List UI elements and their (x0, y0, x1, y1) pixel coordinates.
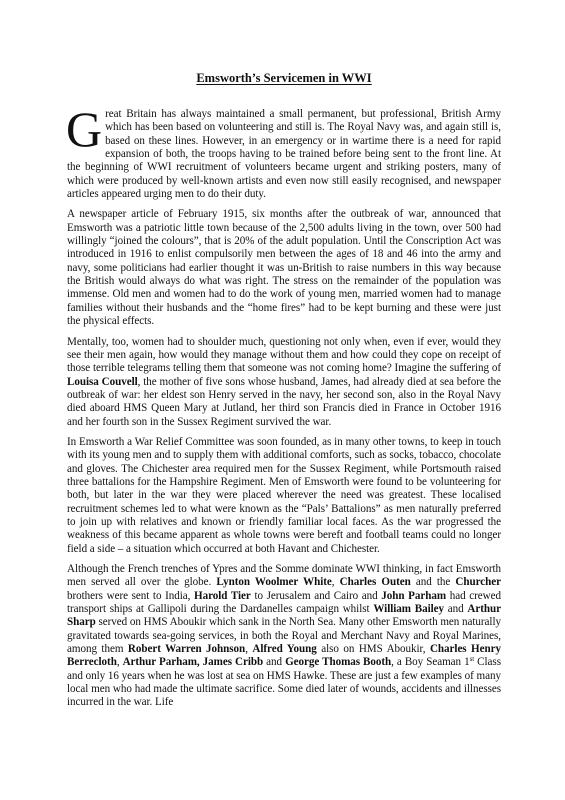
text-segment: reat Britain has always maintained a sma… (67, 108, 501, 200)
person-name: Louisa Couvell (67, 376, 138, 388)
text-segment: to Jerusalem and Cairo and (251, 590, 381, 602)
paragraph-2: A newspaper article of February 1915, si… (67, 208, 501, 328)
person-name: George Thomas Booth (285, 656, 391, 668)
text-segment: and (444, 603, 467, 615)
person-name: Harold Tier (194, 590, 251, 602)
page-title: Emsworth’s Servicemen in WWI (67, 71, 501, 86)
person-name: William Bailey (373, 603, 444, 615)
paragraph-4: In Emsworth a War Relief Committee was s… (67, 436, 501, 556)
person-name: Robert Warren Johnson (128, 643, 245, 655)
drop-cap: G (66, 109, 102, 149)
paragraph-5: Although the French trenches of Ypres an… (67, 563, 501, 710)
text-segment: Mentally, too, women had to shoulder muc… (67, 336, 501, 375)
text-segment: , (332, 576, 340, 588)
text-segment: brothers were sent to India, (67, 590, 194, 602)
paragraph-3: Mentally, too, women had to shoulder muc… (67, 336, 501, 429)
text-segment: also on HMS Aboukir, (317, 643, 430, 655)
text-segment: and (263, 656, 285, 668)
person-name: Churcher (455, 576, 501, 588)
person-name: Charles Outen (340, 576, 411, 588)
paragraph-1: Great Britain has always maintained a sm… (67, 108, 501, 201)
person-name: John Parham (381, 590, 446, 602)
text-segment: A newspaper article of February 1915, si… (67, 208, 501, 327)
text-segment: and the (411, 576, 456, 588)
person-name: Alfred Young (252, 643, 316, 655)
text-segment: , a Boy Seaman 1 (391, 656, 469, 668)
document-body: Great Britain has always maintained a sm… (67, 108, 501, 717)
person-name: Arthur Parham, James Cribb (123, 656, 264, 668)
person-name: Lynton Woolmer White (216, 576, 331, 588)
text-segment: In Emsworth a War Relief Committee was s… (67, 436, 501, 555)
